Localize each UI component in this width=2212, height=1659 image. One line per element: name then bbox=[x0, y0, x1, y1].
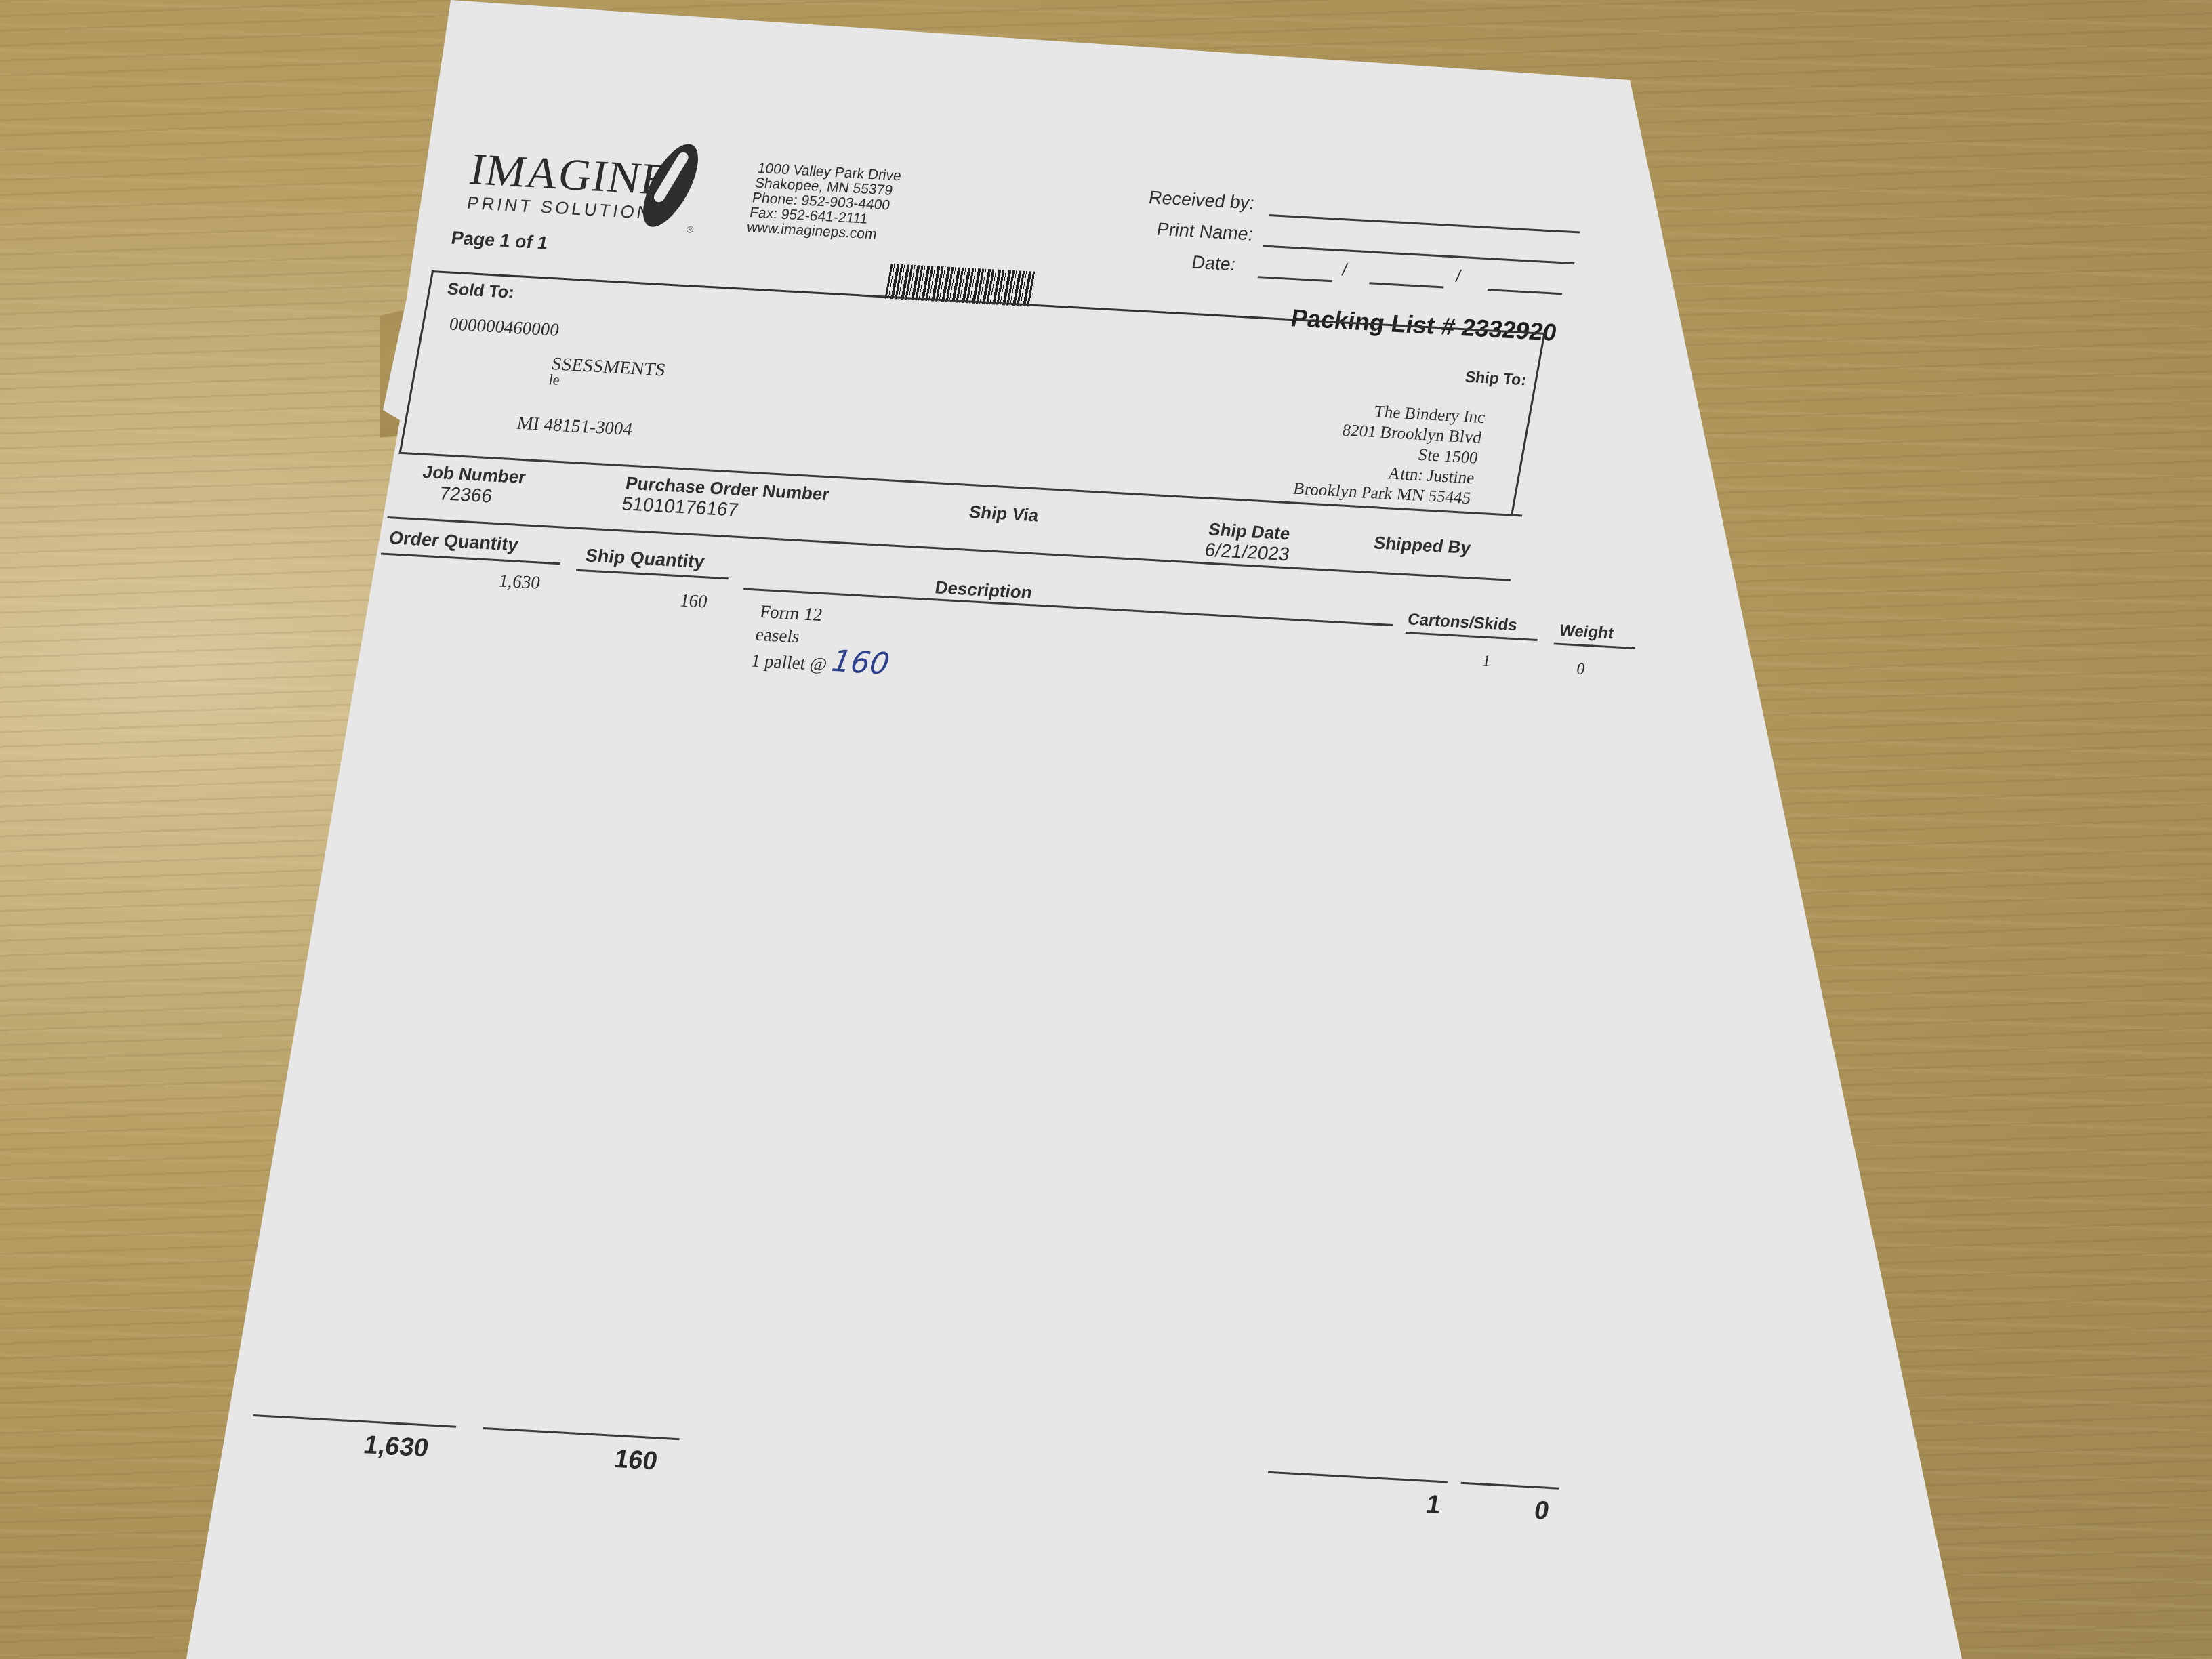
print-name-label: Print Name: bbox=[1155, 219, 1255, 245]
total-order-quantity: 1,630 bbox=[361, 1431, 431, 1463]
date-label: Date: bbox=[1190, 252, 1237, 275]
total-line bbox=[253, 1414, 456, 1428]
header-cartons-skids: Cartons/Skids bbox=[1406, 610, 1519, 635]
header-order-quantity: Order Quantity bbox=[387, 527, 520, 555]
date-day-field[interactable] bbox=[1369, 282, 1443, 288]
job-number-value: 72366 bbox=[438, 483, 494, 507]
total-cartons-skids: 1 bbox=[1424, 1490, 1443, 1520]
header-underline bbox=[381, 553, 560, 565]
description-line: 1 pallet @ 160 bbox=[749, 645, 890, 679]
ship-via-label: Ship Via bbox=[967, 501, 1040, 526]
registered-mark: ® bbox=[686, 224, 695, 234]
company-address: 1000 Valley Park Drive Shakopee, MN 5537… bbox=[745, 161, 902, 243]
header-underline bbox=[1406, 632, 1538, 641]
handwritten-note: 160 bbox=[829, 644, 892, 681]
sold-to-label: Sold To: bbox=[446, 280, 516, 303]
divider bbox=[387, 516, 1511, 581]
shipped-by-label: Shipped By bbox=[1372, 532, 1472, 558]
packing-list-document: IMAGINE PRINT SOLUTIONS ® 1000 Valley Pa… bbox=[181, 108, 1733, 1659]
date-separator: / bbox=[1454, 267, 1462, 287]
ship-date-value: 6/21/2023 bbox=[1203, 539, 1291, 566]
header-weight: Weight bbox=[1558, 621, 1615, 643]
row-order-quantity: 1,630 bbox=[497, 570, 542, 593]
row-cartons-skids: 1 bbox=[1481, 653, 1492, 671]
ship-to-address: The Bindery Inc 8201 Brooklyn Blvd Ste 1… bbox=[1292, 398, 1487, 509]
date-year-field[interactable] bbox=[1488, 289, 1562, 295]
total-line bbox=[483, 1427, 680, 1440]
date-month-field[interactable] bbox=[1257, 276, 1332, 282]
received-by-field[interactable] bbox=[1269, 214, 1580, 234]
print-name-field[interactable] bbox=[1263, 245, 1575, 265]
total-line bbox=[1268, 1471, 1448, 1483]
header-underline bbox=[576, 569, 729, 580]
header-underline bbox=[1554, 642, 1635, 649]
date-separator: / bbox=[1340, 260, 1349, 280]
ship-to-label: Ship To: bbox=[1464, 368, 1528, 390]
row-description: Form 12 easels 1 pallet @ 160 bbox=[749, 600, 899, 679]
header-ship-quantity: Ship Quantity bbox=[583, 546, 706, 573]
description-text: 1 pallet @ bbox=[750, 650, 829, 674]
row-ship-quantity: 160 bbox=[678, 590, 710, 612]
received-by-label: Received by: bbox=[1147, 187, 1256, 213]
page-indicator: Page 1 of 1 bbox=[449, 228, 550, 254]
row-weight: 0 bbox=[1575, 660, 1586, 678]
total-ship-quantity: 160 bbox=[612, 1445, 660, 1476]
